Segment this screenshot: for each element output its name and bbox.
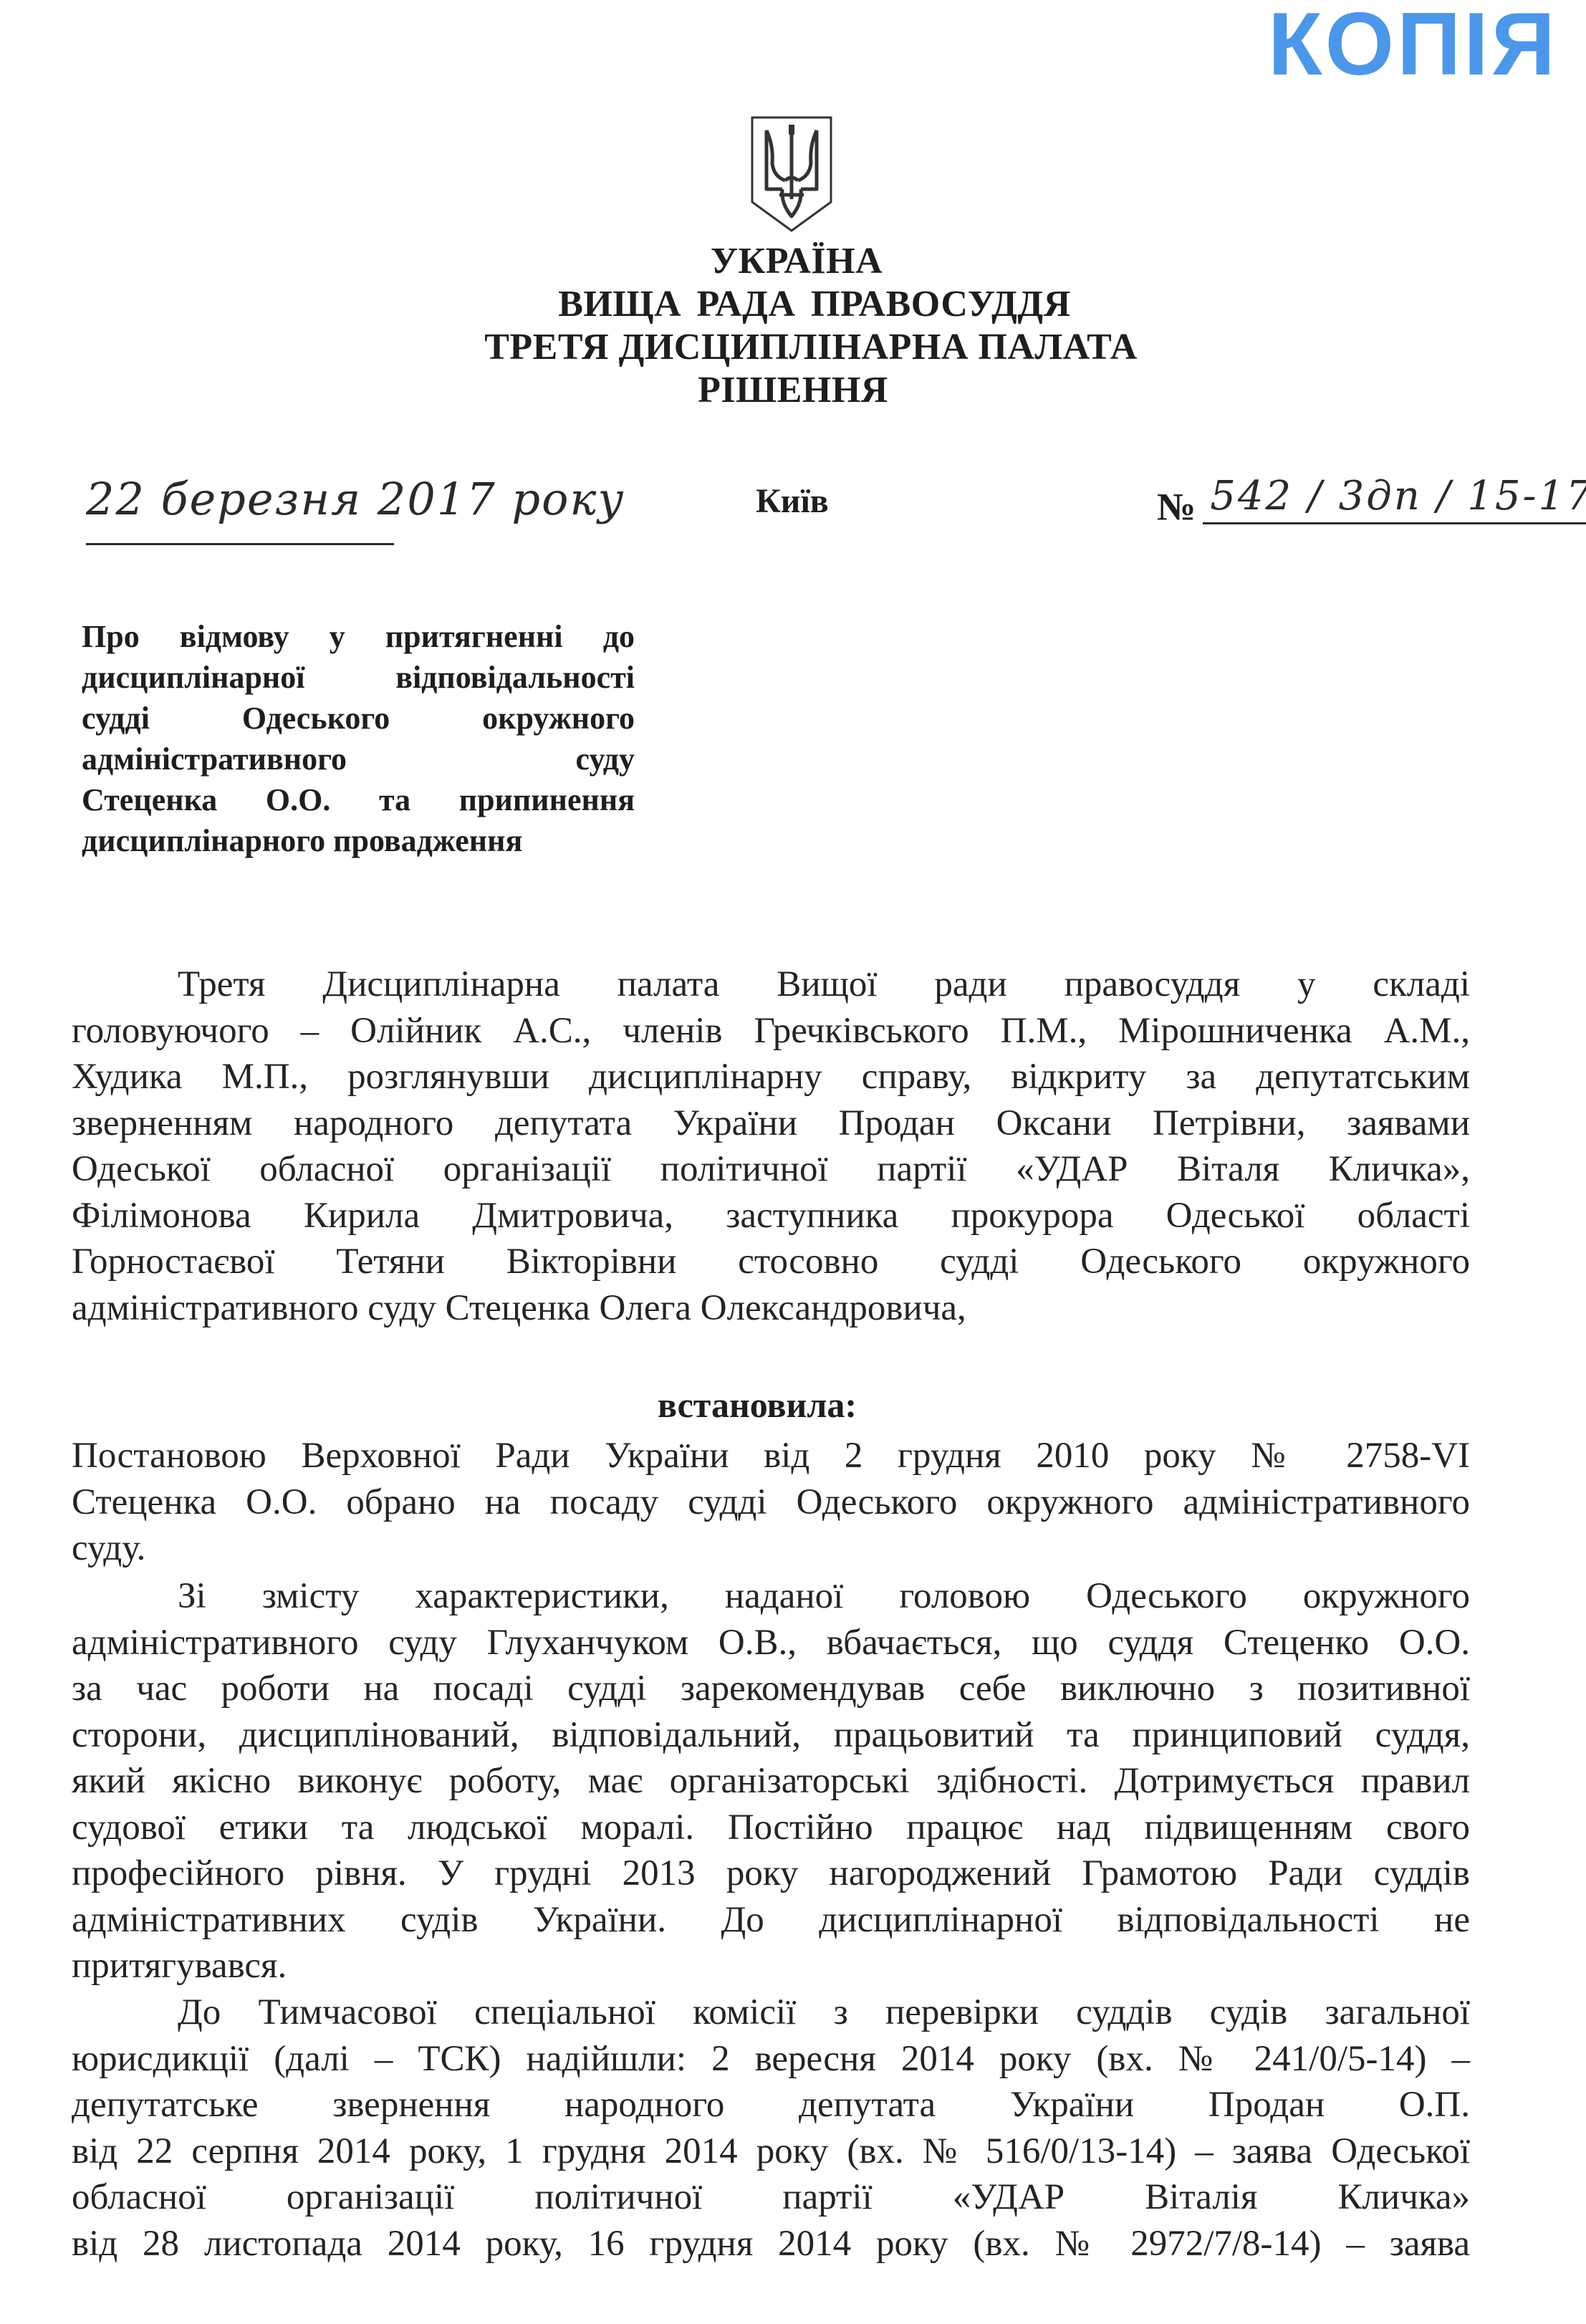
date-underline [86, 543, 394, 545]
tsk-paragraph: До Тимчасової спеціальної комісії з пере… [72, 1989, 1470, 2267]
subject-line: судді Одеського окружного [82, 698, 635, 739]
text-line: зверненням народного депутата України Пр… [72, 1100, 1470, 1147]
established-heading: встановила: [0, 1384, 1550, 1426]
text-line: юрисдикції (далі – ТСК) надійшли: 2 вере… [72, 2036, 1470, 2083]
text-line: сторони, дисциплінований, відповідальний… [72, 1712, 1470, 1759]
text-line: за час роботи на посаді судді зарекоменд… [72, 1666, 1470, 1712]
text-line: судової етики та людської моралі. Постій… [72, 1805, 1470, 1851]
header-country: УКРАЇНА [7, 240, 1586, 283]
city-label: Київ [756, 481, 829, 521]
text-line: Зі змісту характеристики, наданої голово… [72, 1573, 1470, 1620]
text-line: професійного рівня. У грудні 2013 року н… [72, 1850, 1470, 1897]
text-line: від 22 серпня 2014 року, 1 грудня 2014 р… [72, 2128, 1470, 2175]
text-line: Худика М.П., розглянувши дисциплінарну с… [72, 1054, 1470, 1100]
header-chamber: ТРЕТЯ ДИСЦИПЛІНАРНА ПАЛАТА [36, 326, 1586, 369]
text-line: До Тимчасової спеціальної комісії з пере… [72, 1989, 1470, 2036]
ukraine-trident-coat-of-arms-icon [749, 115, 834, 234]
decision-date: 22 березня 2017 року [86, 473, 659, 602]
header-institution: ВИЩА РАДА ПРАВОСУДДЯ [43, 283, 1586, 326]
decision-subject: Про відмову у притягненні до дисциплінар… [82, 616, 635, 861]
characteristic-paragraph: Зі змісту характеристики, наданої голово… [72, 1573, 1470, 1989]
text-line: адміністративних судів України. До дисци… [72, 1897, 1470, 1944]
text-line: головуючого – Олійник А.С., членів Гречк… [72, 1008, 1470, 1055]
document-header: УКРАЇНА ВИЩА РАДА ПРАВОСУДДЯ ТРЕТЯ ДИСЦИ… [0, 240, 1586, 412]
document-number-handwritten: 542 / 3дп / 15-17 [1203, 473, 1586, 524]
subject-line: Про відмову у притягненні до [82, 616, 635, 657]
text-line: депутатське звернення народного депутата… [72, 2082, 1470, 2128]
subject-line: Стеценка О.О. та припинення [82, 779, 635, 820]
text-line: Постановою Верховної Ради України від 2 … [72, 1433, 1470, 1479]
text-line: який якісно виконує роботу, має організа… [72, 1758, 1470, 1805]
text-line: Одеської обласної організації політичної… [72, 1146, 1470, 1193]
text-line: притягувався. [72, 1943, 1470, 1989]
text-line: обласної організації політичної партії «… [72, 2174, 1470, 2221]
header-document-type: РІШЕННЯ [0, 369, 1586, 412]
number-sign: № [1157, 485, 1196, 528]
text-line: Третя Дисциплінарна палата Вищої ради пр… [72, 961, 1470, 1008]
subject-line: адміністративного суду [82, 739, 635, 779]
text-line: Горностаєвої Тетяни Вікторівни стосовно … [72, 1239, 1470, 1285]
intro-paragraph: Третя Дисциплінарна палата Вищої ради пр… [72, 961, 1470, 1331]
appointment-paragraph: Постановою Верховної Ради України від 2 … [72, 1433, 1470, 1572]
document-number: № 542 / 3дп / 15-17 [1157, 473, 1586, 529]
date-handwritten-text: 22 березня 2017 року [86, 473, 625, 525]
text-line: суду. [72, 1525, 1470, 1572]
text-line: Філімонова Кирила Дмитровича, заступника… [72, 1193, 1470, 1239]
copy-stamp: КОПІЯ [1268, 0, 1558, 89]
subject-line: дисциплінарного провадження [82, 820, 635, 861]
text-line: від 28 листопада 2014 року, 16 грудня 20… [72, 2221, 1470, 2267]
text-line: Стеценка О.О. обрано на посаду судді Оде… [72, 1479, 1470, 1526]
text-line: адміністративного суду Стеценка Олега Ол… [72, 1285, 1470, 1332]
text-line: адміністративного суду Глуханчуком О.В.,… [72, 1620, 1470, 1666]
subject-line: дисциплінарної відповідальності [82, 657, 635, 698]
